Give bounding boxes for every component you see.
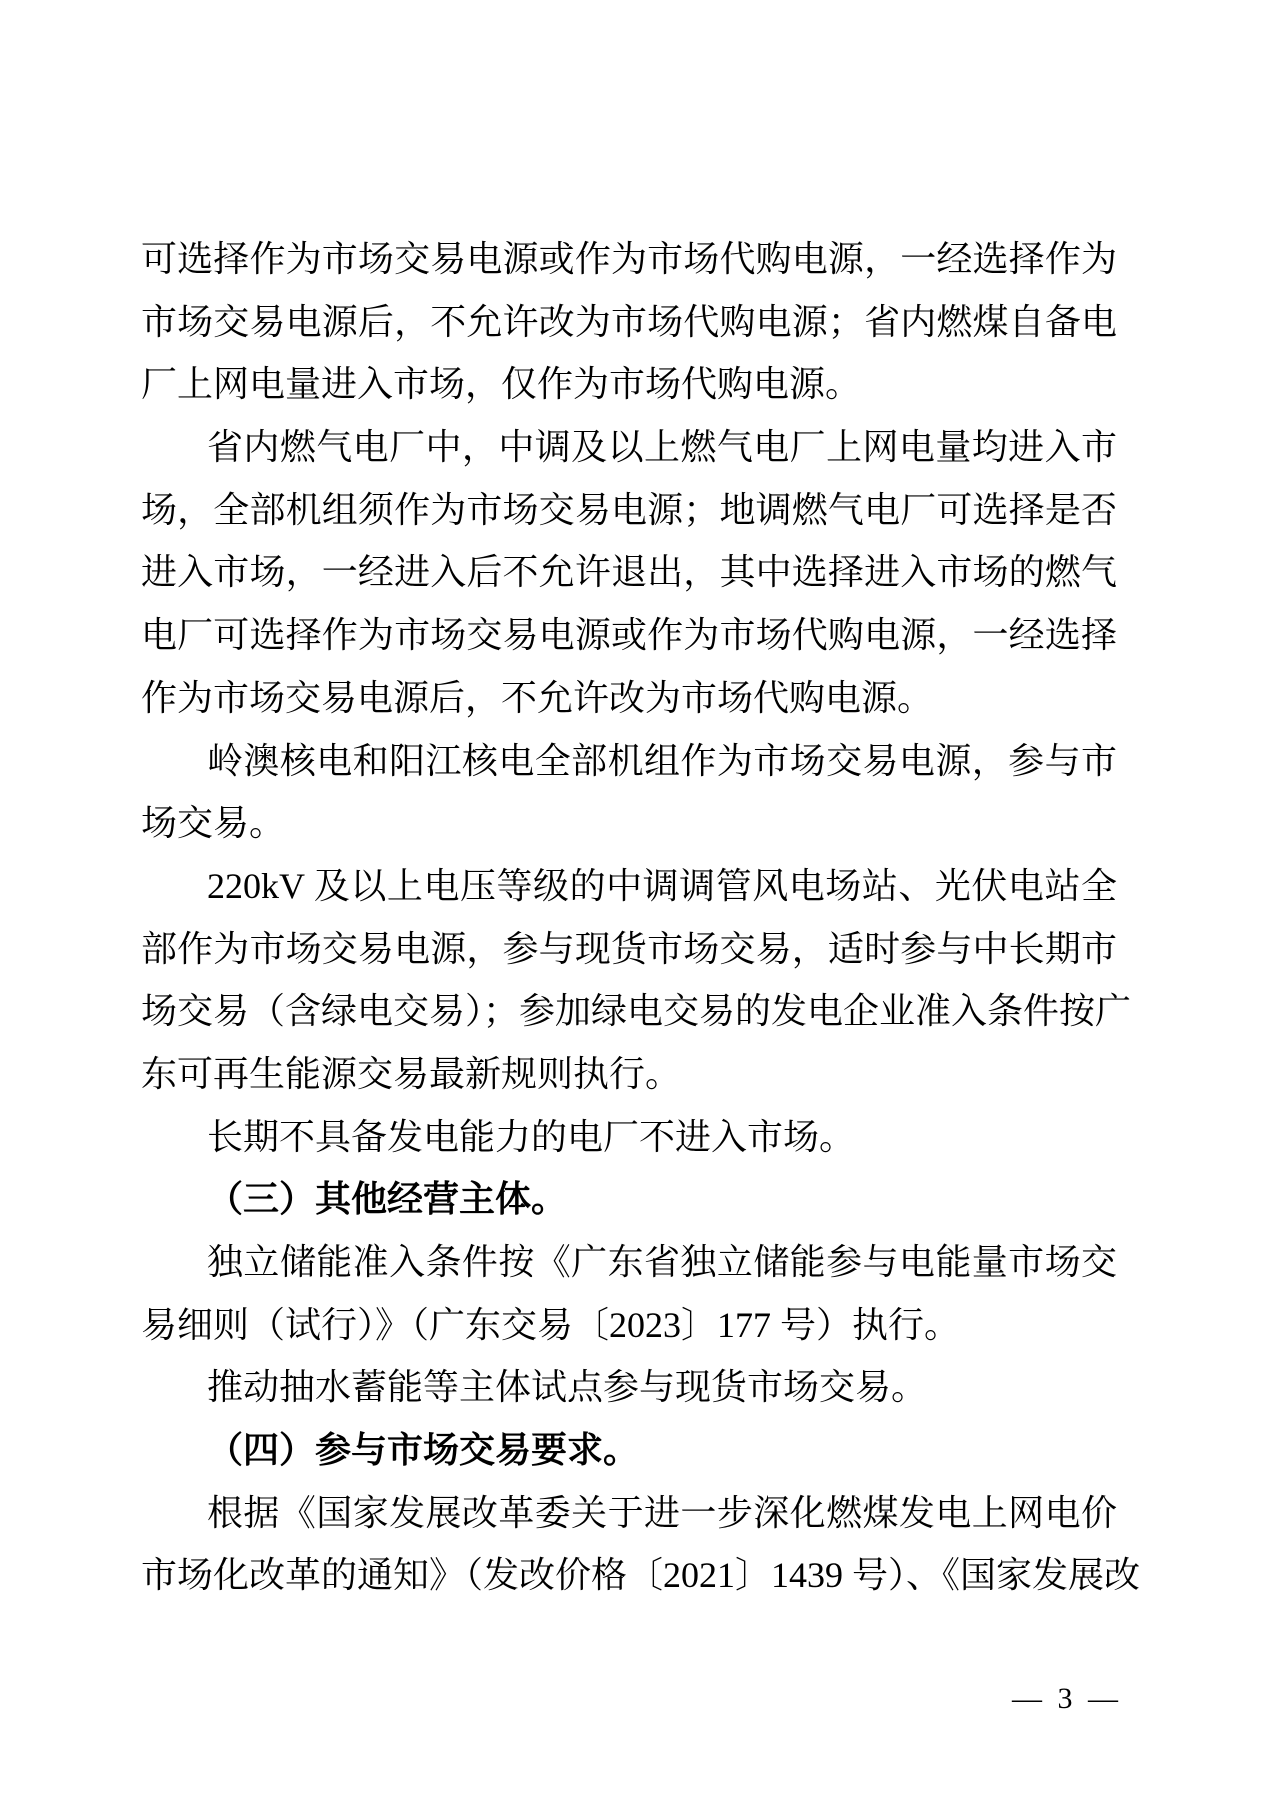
text-line: 根据《国家发展改革委关于进一步深化燃煤发电上网电价	[141, 1482, 1117, 1545]
text-line: 场，全部机组须作为市场交易电源；地调燃气电厂可选择是否	[141, 479, 1117, 542]
text-line: 长期不具备发电能力的电厂不进入市场。	[141, 1106, 1117, 1169]
text-line: 市场化改革的通知》（发改价格〔2021〕1439 号）、《国家发展改	[141, 1544, 1117, 1607]
text-line: 220kV 及以上电压等级的中调调管风电场站、光伏电站全	[141, 855, 1117, 918]
text-line: 省内燃气电厂中，中调及以上燃气电厂上网电量均进入市	[141, 416, 1117, 479]
text-line: 作为市场交易电源后，不允许改为市场代购电源。	[141, 667, 1117, 730]
text-line: 独立储能准入条件按《广东省独立储能参与电能量市场交	[141, 1231, 1117, 1294]
text-line: 厂上网电量进入市场，仅作为市场代购电源。	[141, 353, 1117, 416]
text-line: 场交易。	[141, 792, 1117, 855]
document-body-text: 可选择作为市场交易电源或作为市场代购电源，一经选择作为 市场交易电源后，不允许改…	[141, 228, 1117, 1607]
text-line: 推动抽水蓄能等主体试点参与现货市场交易。	[141, 1356, 1117, 1419]
text-line: 电厂可选择作为市场交易电源或作为市场代购电源，一经选择	[141, 604, 1117, 667]
text-line: 岭澳核电和阳江核电全部机组作为市场交易电源，参与市	[141, 730, 1117, 793]
section-heading-4: （四）参与市场交易要求。	[141, 1419, 1117, 1482]
text-line: 市场交易电源后，不允许改为市场代购电源；省内燃煤自备电	[141, 291, 1117, 354]
text-line: 部作为市场交易电源，参与现货市场交易，适时参与中长期市	[141, 918, 1117, 981]
text-line: 进入市场，一经进入后不允许退出，其中选择进入市场的燃气	[141, 541, 1117, 604]
text-line: 易细则（试行）》（广东交易〔2023〕177 号）执行。	[141, 1294, 1117, 1357]
document-page: 可选择作为市场交易电源或作为市场代购电源，一经选择作为 市场交易电源后，不允许改…	[0, 0, 1280, 1812]
footer-page-number: — 3 —	[1012, 1682, 1122, 1716]
text-line: 场交易（含绿电交易）；参加绿电交易的发电企业准入条件按广	[141, 980, 1117, 1043]
text-line: 东可再生能源交易最新规则执行。	[141, 1043, 1117, 1106]
text-line: 可选择作为市场交易电源或作为市场代购电源，一经选择作为	[141, 228, 1117, 291]
section-heading-3: （三）其他经营主体。	[141, 1168, 1117, 1231]
